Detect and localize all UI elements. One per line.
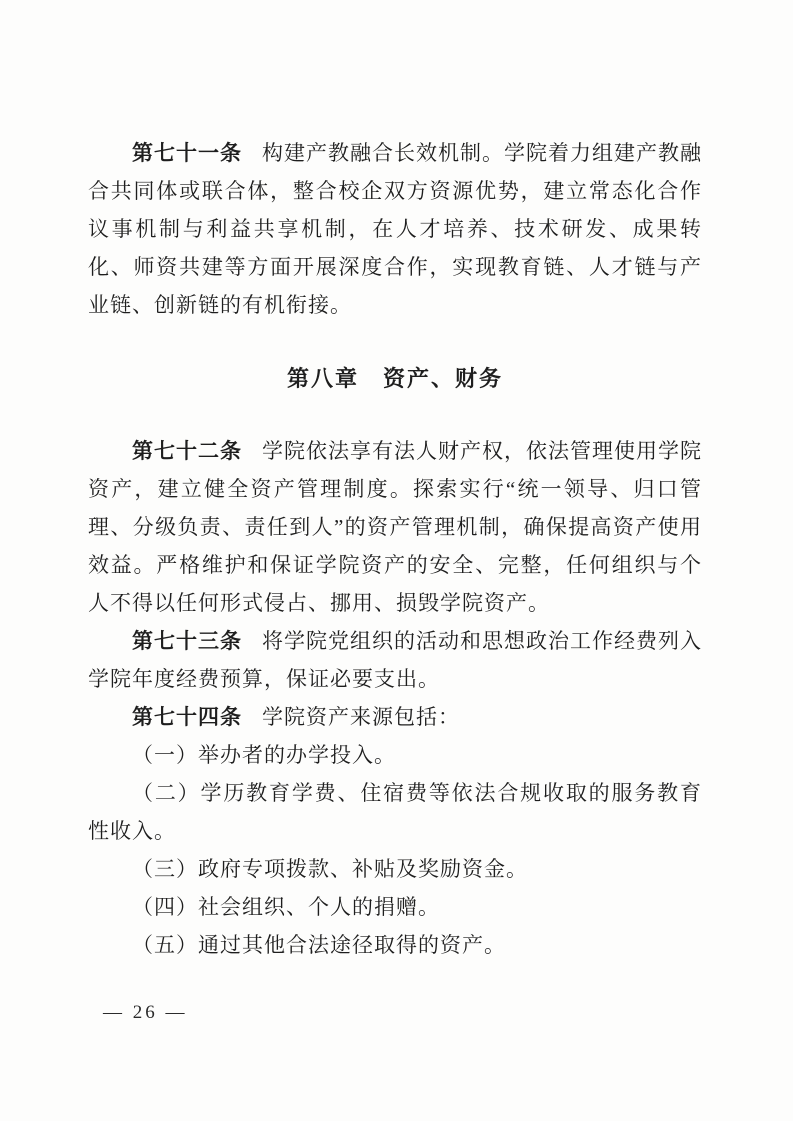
asset-source-item-4: （四）社会组织、个人的捐赠。: [88, 888, 702, 926]
article-73-paragraph: 第七十三条将学院党组织的活动和思想政治工作经费列入学院年度经费预算，保证必要支出…: [88, 622, 702, 698]
article-71-paragraph: 第七十一条构建产教融合长效机制。学院着力组建产教融合共同体或联合体，整合校企双方…: [88, 134, 702, 324]
article-73-number: 第七十三条: [132, 629, 242, 653]
asset-source-item-5: （五）通过其他合法途径取得的资产。: [88, 926, 702, 964]
article-74-text: 学院资产来源包括：: [262, 705, 460, 729]
article-71-text: 构建产教融合长效机制。学院着力组建产教融合共同体或联合体，整合校企双方资源优势，…: [88, 141, 702, 317]
article-74-number: 第七十四条: [132, 705, 242, 729]
document-page: 第七十一条构建产教融合长效机制。学院着力组建产教融合共同体或联合体，整合校企双方…: [0, 0, 793, 1121]
page-number: — 26 —: [103, 1002, 188, 1024]
article-74-paragraph: 第七十四条学院资产来源包括：: [88, 698, 702, 736]
article-72-number: 第七十二条: [132, 439, 242, 463]
article-72-paragraph: 第七十二条学院依法享有法人财产权，依法管理使用学院资产，建立健全资产管理制度。探…: [88, 432, 702, 622]
document-body: 第七十一条构建产教融合长效机制。学院着力组建产教融合共同体或联合体，整合校企双方…: [88, 134, 702, 964]
article-71-number: 第七十一条: [132, 141, 242, 165]
asset-source-item-2: （二）学历教育学费、住宿费等依法合规收取的服务教育性收入。: [88, 774, 702, 850]
article-72-text: 学院依法享有法人财产权，依法管理使用学院资产，建立健全资产管理制度。探索实行“统…: [88, 439, 702, 615]
asset-source-item-3: （三）政府专项拨款、补贴及奖励资金。: [88, 850, 702, 888]
asset-source-item-1: （一）举办者的办学投入。: [88, 736, 702, 774]
chapter-8-heading: 第八章 资产、财务: [88, 360, 702, 398]
